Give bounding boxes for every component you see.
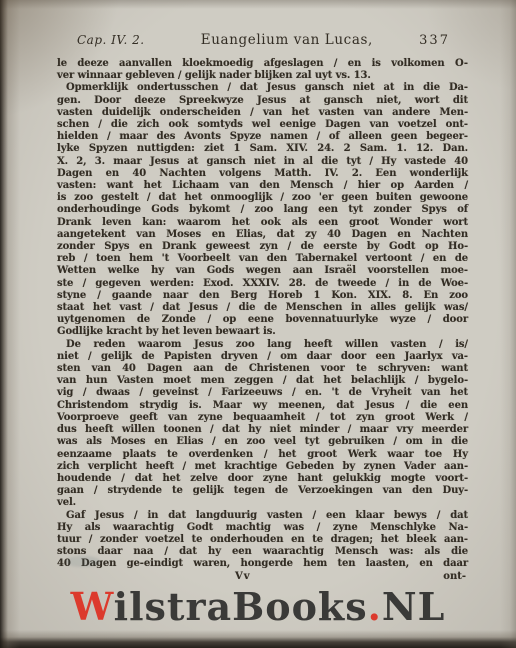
text-line: vig / dwaas / geveinst / Farizeeuws / en… <box>57 387 468 399</box>
stain-mark <box>66 556 100 567</box>
text-line: zonder Spys en Drank geweest zyn / de ee… <box>57 241 468 253</box>
text-line: Hy als waarachtig Godt machtig was / zyn… <box>57 522 468 534</box>
text-line: reb / toen hem 't Voorbeelt van den Tabe… <box>57 253 468 265</box>
text-line: staat het vast / dat Jesus / die de Mens… <box>57 302 468 314</box>
text-line: ver winnaar gebleven / gelijk nader blij… <box>57 70 468 82</box>
paragraph: le deeze aanvallen kloekmoedig afgeslage… <box>57 58 468 82</box>
catchword: ont- <box>443 571 466 582</box>
text-line: schen / die zich ook somtyds wel eenige … <box>57 119 468 131</box>
text-line: gen. Door deeze Spreekwyze Jesus at gans… <box>57 95 468 107</box>
text-line: lyke Spyzen nuttigden: ziet 1 Sam. XIV. … <box>57 143 468 155</box>
text-line: vasten: want het Lichaam van den Mensch … <box>57 180 468 192</box>
text-line: eenzaame plaats te overdenken / het groo… <box>57 449 468 461</box>
text-line: zich verplicht heeft / met krachtige Geb… <box>57 461 468 473</box>
signature-mark: Vv <box>235 571 251 582</box>
text-line: tuur / zonder voetzel te onderhouden en … <box>57 534 468 546</box>
watermark-part: . <box>368 584 382 629</box>
body-text: le deeze aanvallen kloekmoedig afgeslage… <box>57 58 468 571</box>
signature-line: Vv ont- <box>57 571 468 584</box>
text-line: le deeze aanvallen kloekmoedig afgeslage… <box>57 58 468 70</box>
text-line: styne / gaande naar den Berg Horeb 1 Kon… <box>57 290 468 302</box>
watermark: WilstraBooks.NL <box>71 584 446 629</box>
text-line: dus heeft willen toonen / dat hy niet mi… <box>57 424 468 436</box>
watermark-part: W <box>71 584 114 629</box>
text-line: X. 2, 3. maar Jesus at gansch niet in al… <box>57 156 468 168</box>
text-line: Voorproeve geeft van zyne bequaamheit / … <box>57 412 468 424</box>
page-number: 337 <box>419 33 450 48</box>
text-line: gaan / strydende te gelijk tegen de Verz… <box>57 485 468 497</box>
text-line: Dagen en 40 Nachten volgens Matth. IV. 2… <box>57 168 468 180</box>
paragraph: Gaf Jesus / in dat langduurig vasten / e… <box>57 510 468 571</box>
text-line: sten van 40 Dagen aan de Christenen voor… <box>57 363 468 375</box>
page-title: Euangelium van Lucas, <box>201 32 373 48</box>
text-line: houdende / dat het zelve door zyne hant … <box>57 473 468 485</box>
text-line: aangetekent van Moses en Elias, dat zy 4… <box>57 229 468 241</box>
text-line: vel. <box>57 497 468 509</box>
text-line: Wetten welke hy van Gods wegen aan Israë… <box>57 265 468 277</box>
text-line: Drank leven kan: waarom het ook als een … <box>57 217 468 229</box>
text-line: De reden waarom Jesus zoo lang heeft wil… <box>57 339 468 351</box>
text-line: Godlijke kracht by het leven bewaart is. <box>57 326 468 338</box>
text-line: ste / gegeven werden: Exod. XXXIV. 28. d… <box>57 278 468 290</box>
text-line: Gaf Jesus / in dat langduurig vasten / e… <box>57 510 468 522</box>
text-line: Opmerklijk ondertusschen / dat Jesus gan… <box>57 82 468 94</box>
text-line: niet / gelijk de Papisten dryven / om da… <box>57 351 468 363</box>
watermark-part: ilstra <box>114 584 232 629</box>
chapter-label: Cap. IV. 2. <box>77 33 145 47</box>
text-line: is zoo gestelt / dat het onmooglijk / zo… <box>57 192 468 204</box>
paragraph: Opmerklijk ondertusschen / dat Jesus gan… <box>57 82 468 338</box>
text-line: hielden / maar des Avonts Spyze namen / … <box>57 131 468 143</box>
text-line: Christendom strydig is. Maar wy meenen, … <box>57 400 468 412</box>
book-page-scan: Cap. IV. 2. Euangelium van Lucas, 337 le… <box>0 0 516 648</box>
text-line: van hun Vasten moet men zeggen / dat het… <box>57 375 468 387</box>
text-line: uytgenomen de Zonde / op eene bovennatuu… <box>57 314 468 326</box>
watermark-part: Books <box>232 584 368 629</box>
page-header: Cap. IV. 2. Euangelium van Lucas, 337 <box>57 32 468 52</box>
watermark-part: NL <box>382 584 445 629</box>
text-block: Cap. IV. 2. Euangelium van Lucas, 337 le… <box>57 32 468 584</box>
text-line: was als Moses en Elias / en zoo veel tyt… <box>57 436 468 448</box>
text-line: 40 Dagen ge-eindigt waren, hongerde hem … <box>57 558 468 570</box>
text-line: onderhoudinge Gods bykomt / zoo lang een… <box>57 204 468 216</box>
paragraph: De reden waarom Jesus zoo lang heeft wil… <box>57 339 468 510</box>
text-line: stons daar naa / dat hy een waarachtig M… <box>57 546 468 558</box>
text-line: vasten duidelijk onderscheiden / van het… <box>57 107 468 119</box>
